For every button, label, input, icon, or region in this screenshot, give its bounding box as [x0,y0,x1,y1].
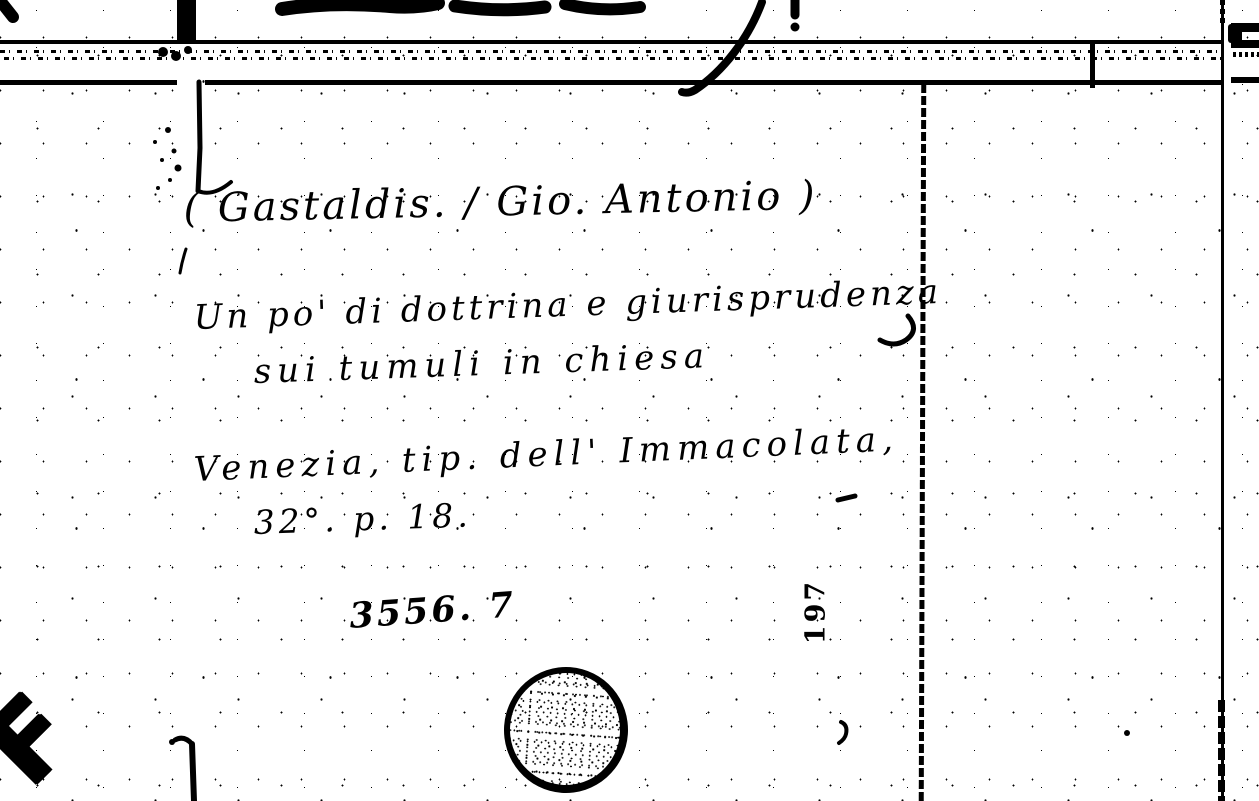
rotated-leaf-number: 197 [801,572,832,652]
top-rule-dashed-row-2 [4,57,1222,60]
title-line-2: sui tumuli in chiesa [253,336,711,392]
ink-decorations [0,0,1259,801]
comma-speck [839,722,846,743]
corner-wedge-mark [0,0,13,17]
bottom-bracket-stem [192,744,194,801]
right-card-edge-line [1221,0,1224,801]
stray-dash-mark [838,496,855,500]
shelfmark-number: 3556. 7 [348,584,518,637]
cutoff-handwriting-stroke-1 [282,3,438,9]
adjacent-card-text-specks [1233,52,1259,57]
circular-stamp [500,663,632,797]
author-heading: ( Gastaldis. / Gio. Antonio ) [183,173,818,232]
right-edge-line-top-dashes [1220,0,1225,24]
imprint-line-1: Venezia, tip. dell' Immacolata, [193,419,900,490]
imprint-line-2: 32°. p. 18. [253,495,472,542]
column-divider-dashed-line [919,84,927,801]
corner-letter-stamp: F [0,678,92,801]
adjacent-card-rule-fragment-3 [1231,77,1259,83]
title-line-1: Un po' di dottrina e giurisprudenza [193,272,943,338]
bottom-bracket-flag [175,738,192,744]
stray-slash-mark [180,249,186,273]
catalog-card-scan: ( Gastaldis. / Gio. Antonio ) Un po' di … [0,0,1259,801]
rule-connector-mark [1090,44,1095,88]
card-edge-bar [177,0,196,44]
title-flourish-stroke [880,316,914,344]
adjacent-card-rule-fragment-2 [1231,40,1259,48]
top-rule-dashed-row-1 [0,50,1222,53]
left-margin-bracket [198,82,200,191]
card-top-rule-left [0,80,177,85]
card-top-rule-right [205,80,1222,85]
right-edge-line-bottom-dashes [1218,700,1225,801]
cutoff-handwriting-stroke-2 [455,6,545,10]
cutoff-handwriting-stroke-3 [565,4,640,9]
